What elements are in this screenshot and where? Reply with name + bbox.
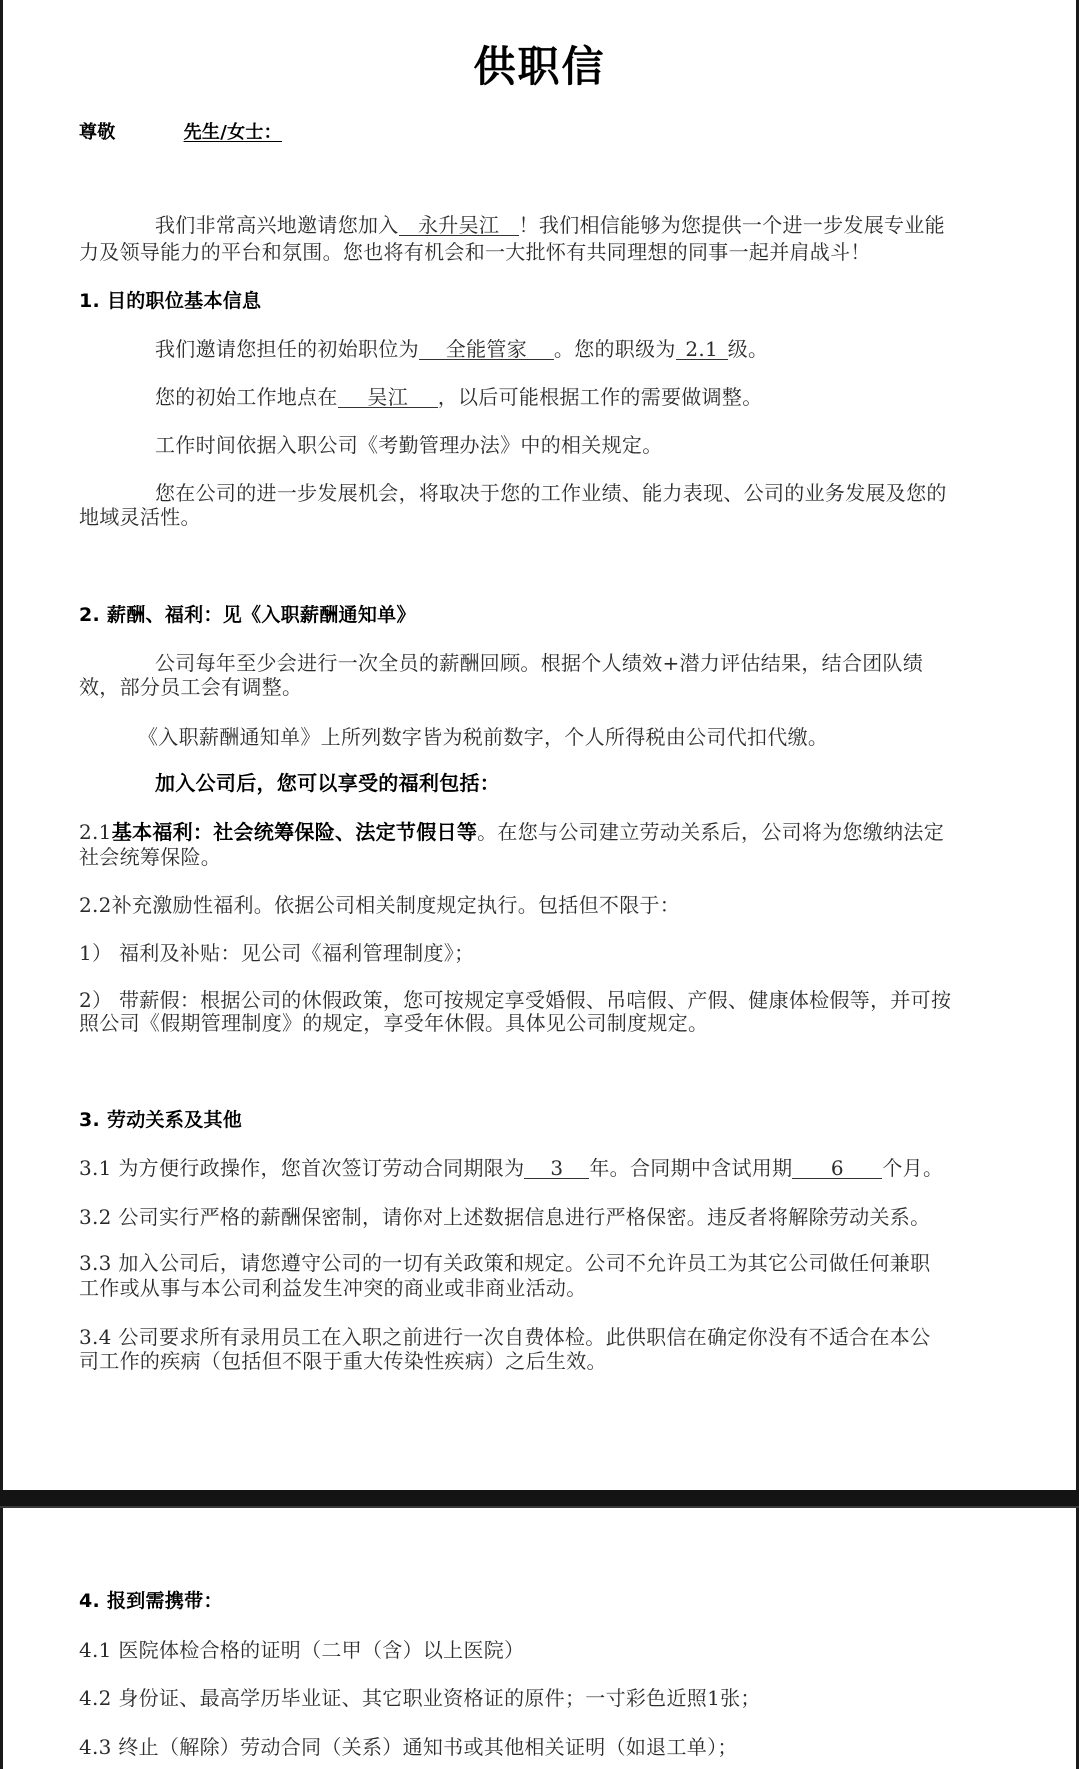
clause-3-4-line-1: 3.4 公司要求所有录用员工在入职之前进行一次自费体检。此供职信在确定你没有不适… [79, 1325, 930, 1349]
grade-field: 2.1 [676, 339, 728, 360]
intro-line-1: 我们非常高兴地邀请您加入永升吴江！我们相信能够为您提供一个进一步发展专业能 [155, 213, 945, 237]
document-title: 供职信 [0, 42, 1079, 92]
salutation: 尊敬先生/女士： [79, 121, 282, 145]
clause-3-2: 3.2 公司实行严格的薪酬保密制，请你对上述数据信息进行严格保密。违反者将解除劳… [79, 1205, 930, 1229]
requirement-4-1: 4.1 医院体检合格的证明（二甲（含）以上医院） [79, 1638, 524, 1662]
section-2-heading: 2. 薪酬、福利：见《入职薪酬通知单》 [79, 603, 416, 627]
clause-3-3-line-2: 工作或从事与本公司利益发生冲突的商业或非商业活动。 [79, 1276, 587, 1300]
clause-3-1: 3.1 为方便行政操作，您首次签订劳动合同期限为3年。合同期中含试用期6个月。 [79, 1156, 943, 1180]
probation-months-field: 6 [792, 1158, 882, 1179]
section-3-heading: 3. 劳动关系及其他 [79, 1108, 242, 1132]
section-4-heading: 4. 报到需携带： [79, 1589, 223, 1613]
location-line: 您的初始工作地点在吴江，以后可能根据工作的需要做调整。 [155, 385, 763, 409]
intro-line-2: 力及领导能力的平台和氛围。您也将有机会和一大批怀有共同理想的同事一起并肩战斗！ [79, 240, 871, 264]
clause-3-3-line-1: 3.3 加入公司后，请您遵守公司的一切有关政策和规定。公司不允许员工为其它公司做… [79, 1251, 930, 1275]
salary-review-line-2: 效，部分员工会有调整。 [79, 675, 302, 699]
requirement-4-3: 4.3 终止（解除）劳动合同（关系）通知书或其他相关证明（如退工单）； [79, 1735, 738, 1759]
position-field: 全能管家 [419, 339, 554, 360]
company-name-field: 永升吴江 [399, 215, 519, 236]
requirement-4-2: 4.2 身份证、最高学历毕业证、其它职业资格证的原件；一寸彩色近照1张； [79, 1686, 761, 1710]
benefit-2-1-line-1: 2.1基本福利：社会统筹保险、法定节假日等。在您与公司建立劳动关系后，公司将为您… [79, 820, 944, 844]
position-line: 我们邀请您担任的初始职位为全能管家。您的职级为2.1级。 [155, 337, 768, 361]
benefit-item-1: 1） 福利及补贴：见公司《福利管理制度》； [79, 941, 474, 965]
development-line-1: 您在公司的进一步发展机会，将取决于您的工作业绩、能力表现、公司的业务发展及您的 [155, 481, 947, 505]
benefit-2-1-line-2: 社会统筹保险。 [79, 845, 221, 869]
salary-review-line-1: 公司每年至少会进行一次全员的薪酬回顾。根据个人绩效+潜力评估结果，结合团队绩 [155, 651, 923, 675]
page-break-separator [0, 1490, 1079, 1508]
benefit-2-2: 2.2补充激励性福利。依据公司相关制度规定执行。包括但不限于： [79, 893, 680, 917]
salutation-prefix: 尊敬 [79, 122, 116, 143]
benefit-item-2-line-2: 照公司《假期管理制度》的规定，享受年休假。具体见公司制度规定。 [79, 1011, 708, 1035]
salutation-suffix: 先生/女士： [184, 122, 282, 143]
contract-years-field: 3 [524, 1158, 589, 1179]
tax-note: 《入职薪酬通知单》上所列数字皆为税前数字，个人所得税由公司代扣代缴。 [138, 725, 828, 749]
benefits-intro: 加入公司后，您可以享受的福利包括： [155, 771, 500, 795]
development-line-2: 地域灵活性。 [79, 505, 201, 529]
clause-3-4-line-2: 司工作的疾病（包括但不限于重大传染性疾病）之后生效。 [79, 1349, 607, 1373]
section-1-heading: 1. 目的职位基本信息 [79, 289, 261, 313]
location-field: 吴江 [338, 387, 438, 408]
benefit-item-2-line-1: 2） 带薪假：根据公司的休假政策，您可按规定享受婚假、吊唁假、产假、健康体检假等… [79, 988, 951, 1012]
working-hours-line: 工作时间依据入职公司《考勤管理办法》中的相关规定。 [155, 433, 663, 457]
